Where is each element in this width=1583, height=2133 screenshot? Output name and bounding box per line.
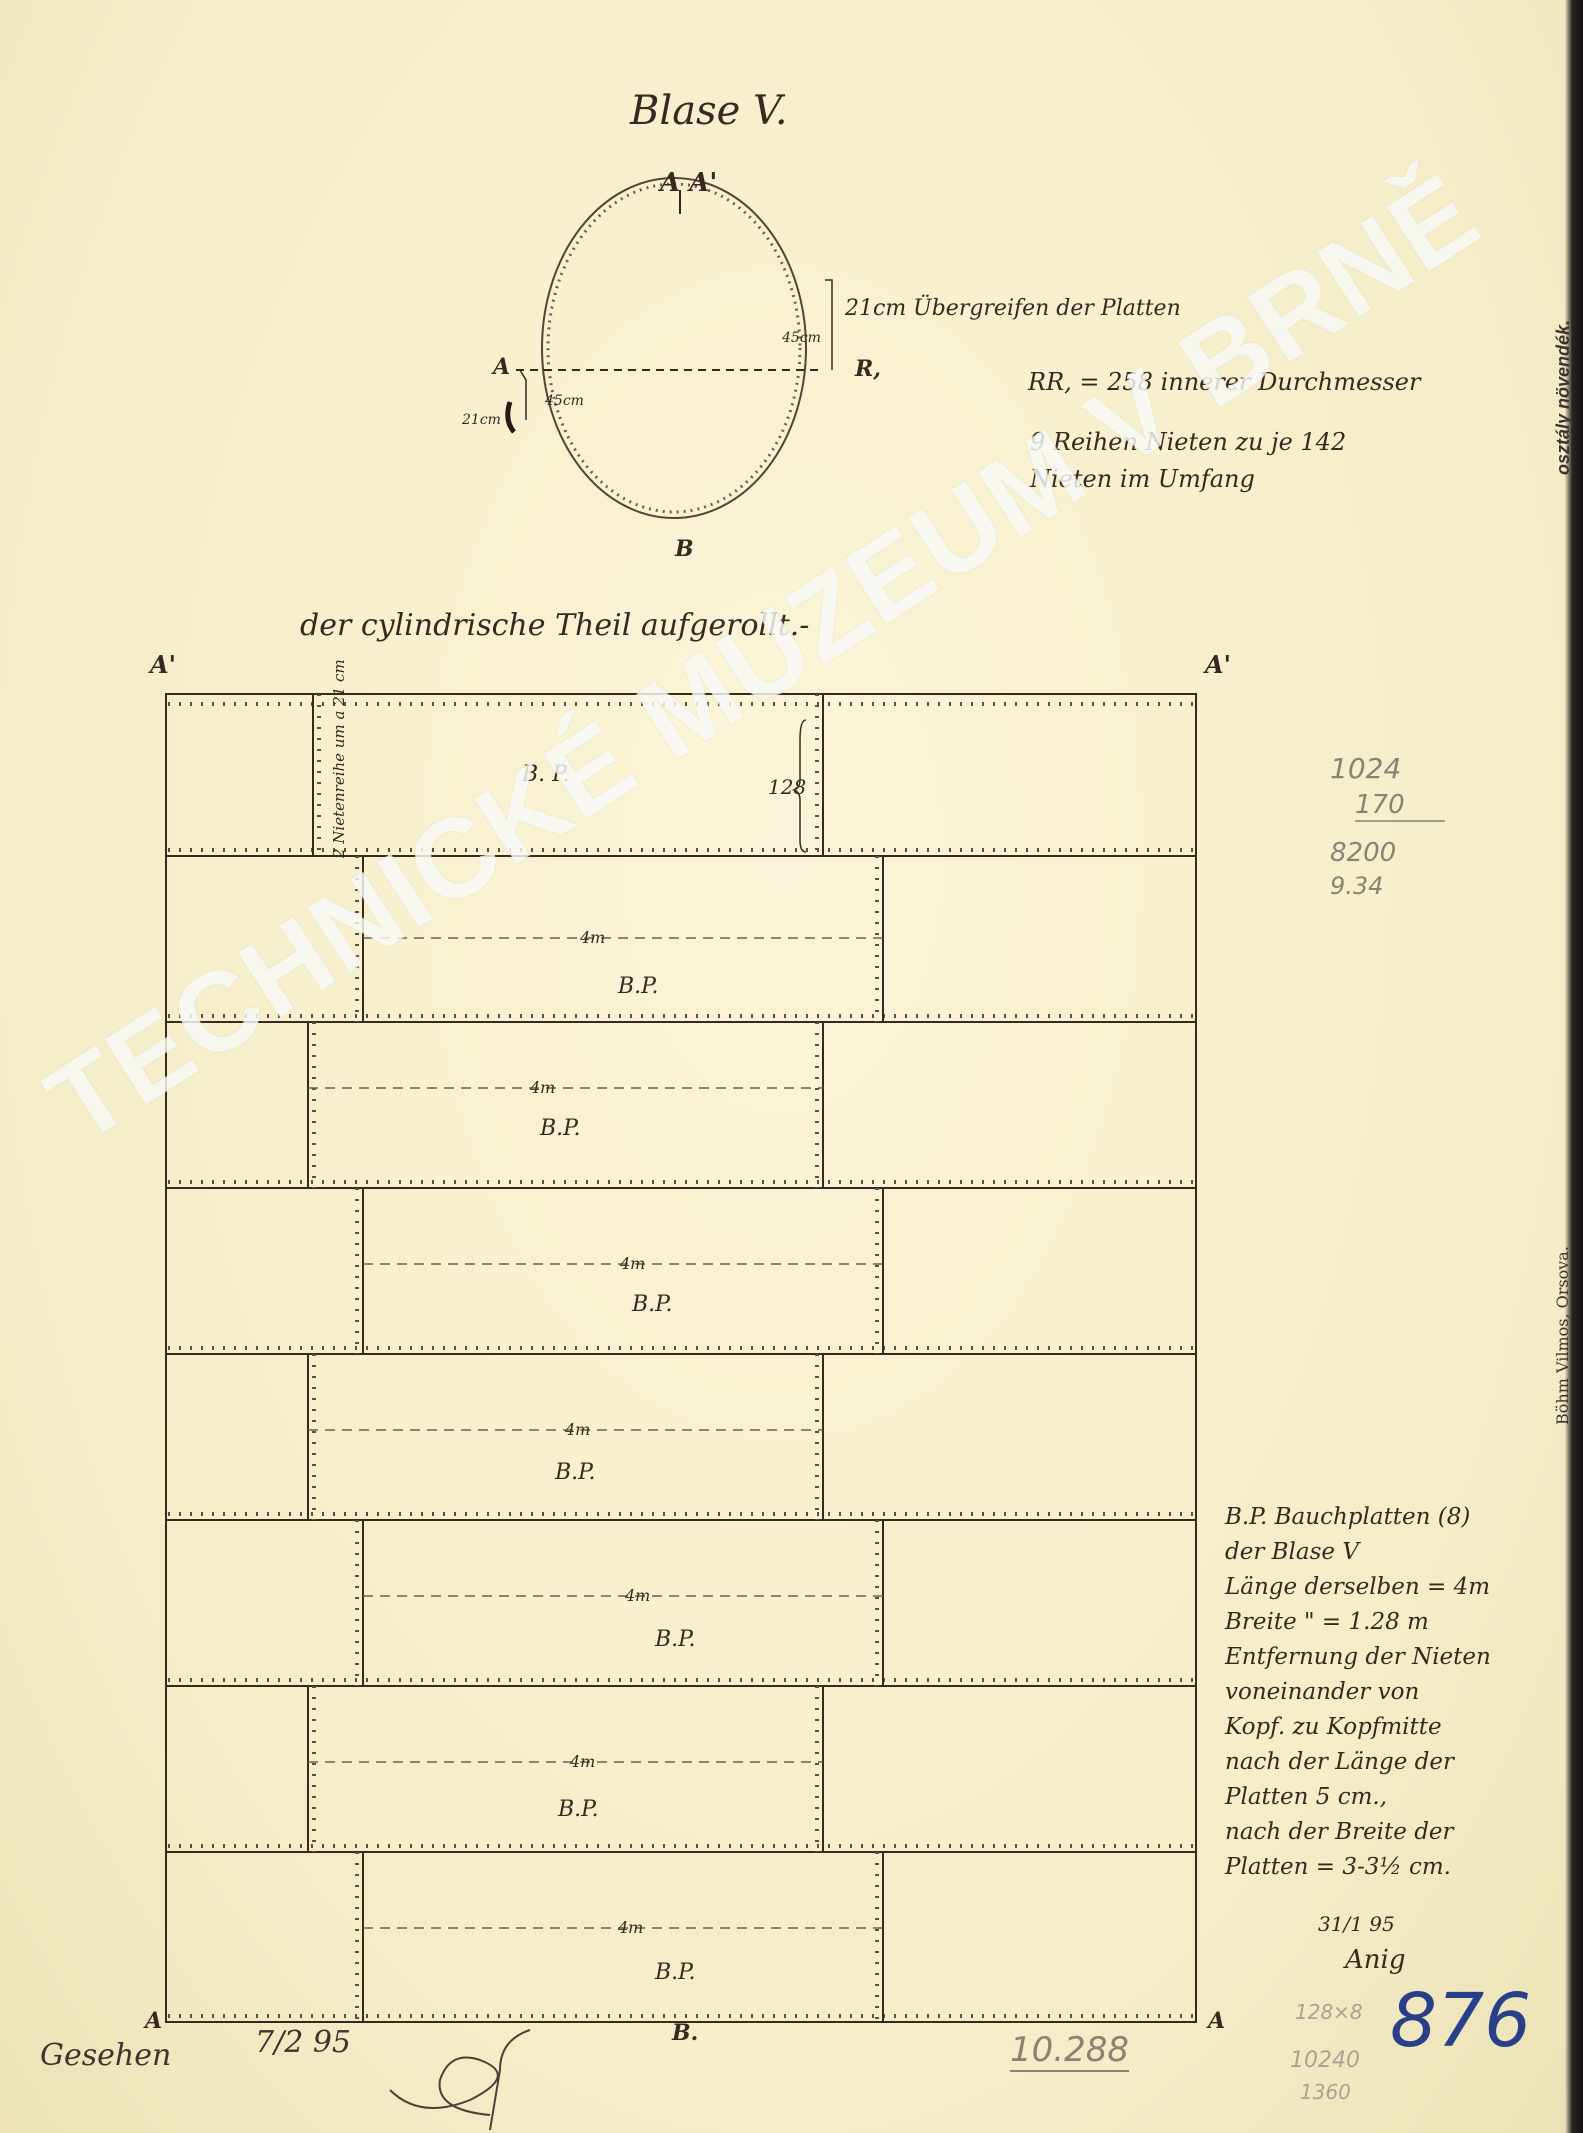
corner-top-right: A': [1205, 650, 1231, 679]
seen-date: 7/2 95: [255, 2025, 351, 2060]
row-1-label: B.P.: [618, 974, 659, 999]
margin-print-bottom: Böhm Vilmos, Orsova.: [1553, 1246, 1572, 1425]
row-5-length: 4m: [625, 1586, 650, 1605]
row-2-label: B.P.: [540, 1116, 581, 1141]
top-row-plate-label: B. P.: [522, 762, 570, 787]
legend-line: Breite " = 1.28 m: [1225, 1605, 1491, 1640]
initials-signature: [380, 2020, 560, 2130]
row-3-label: B.P.: [632, 1292, 673, 1317]
row-5-label: B.P.: [655, 1627, 696, 1652]
archive-number: 10.288: [1010, 2030, 1129, 2072]
dim-left-bracket: 45cm: [545, 393, 584, 409]
legend-line: voneinander von: [1225, 1675, 1491, 1710]
row-6-length: 4m: [570, 1752, 595, 1771]
document-title: Blase V.: [630, 88, 788, 134]
plate-legend: B.P. Bauchplatten (8) der Blase V Länge …: [1225, 1500, 1491, 1885]
legend-line: Entfernung der Nieten: [1225, 1640, 1491, 1675]
margin-print-top: osztály növendék.: [1553, 320, 1574, 475]
signature: Anig: [1345, 1945, 1405, 1975]
pencil-br-2: 10240: [1290, 2048, 1360, 2073]
dim-left-small: 21cm: [462, 412, 501, 428]
legend-line: B.P. Bauchplatten (8): [1225, 1500, 1491, 1535]
top-row-vertical-note: 2 Nietenreihe um a 21 cm: [330, 659, 348, 858]
row-4-label: B.P.: [555, 1460, 596, 1485]
label-left: A: [493, 354, 510, 380]
diameter-note: RR, = 258 innerer Durchmesser: [1028, 368, 1420, 396]
legend-line: nach der Breite der: [1225, 1815, 1491, 1850]
label-right: R,: [855, 356, 881, 382]
rivet-rows-note: 9 Reihen Nieten zu je 142: [1030, 428, 1346, 456]
pencil-br-1: 128×8: [1295, 2000, 1363, 2024]
legend-line: nach der Länge der: [1225, 1745, 1491, 1780]
pencil-calc-1: 1024: [1330, 752, 1401, 785]
legend-line: Platten = 3-3½ cm.: [1225, 1850, 1491, 1885]
pencil-calc-3: 8200: [1330, 838, 1396, 868]
top-row-height: 128: [768, 775, 806, 799]
legend-line: Länge derselben = 4m: [1225, 1570, 1491, 1605]
row-7-length: 4m: [618, 1918, 643, 1937]
row-1-length: 4m: [580, 928, 605, 947]
seen-label: Gesehen: [40, 2038, 171, 2073]
legend-line: der Blase V: [1225, 1535, 1491, 1570]
label-top: A A': [660, 168, 717, 198]
rivet-circumference-note: Nieten im Umfang: [1030, 465, 1255, 493]
inventory-stamp-number: 876: [1390, 1978, 1531, 2064]
signature-date: 31/1 95: [1318, 1912, 1395, 1936]
pencil-br-3: 1360: [1300, 2080, 1351, 2104]
row-2-length: 4m: [530, 1078, 555, 1097]
row-6-label: B.P.: [558, 1797, 599, 1822]
legend-line: Kopf. zu Kopfmitte: [1225, 1710, 1491, 1745]
dim-right-bracket: 45cm: [782, 330, 821, 346]
corner-bottom-left: A: [145, 2008, 162, 2034]
unrolled-heading: der cylindrische Theil aufgerollt.-: [300, 608, 809, 643]
row-4-length: 4m: [565, 1420, 590, 1439]
boiler-cross-section-diagram: [480, 170, 880, 570]
pencil-calc-2: 170: [1355, 790, 1445, 822]
corner-bottom-center: B.: [672, 2020, 698, 2046]
row-3-length: 4m: [620, 1254, 645, 1273]
legend-line: Platten 5 cm.,: [1225, 1780, 1491, 1815]
unrolled-plate-layout: [150, 680, 1210, 2040]
pencil-calc-4: 9.34: [1330, 872, 1383, 900]
overlap-note: 21cm Übergreifen der Platten: [845, 296, 1181, 321]
corner-bottom-right: A: [1208, 2008, 1225, 2034]
label-bottom: B: [675, 536, 694, 562]
row-7-label: B.P.: [655, 1960, 696, 1985]
corner-top-left: A': [150, 650, 176, 679]
